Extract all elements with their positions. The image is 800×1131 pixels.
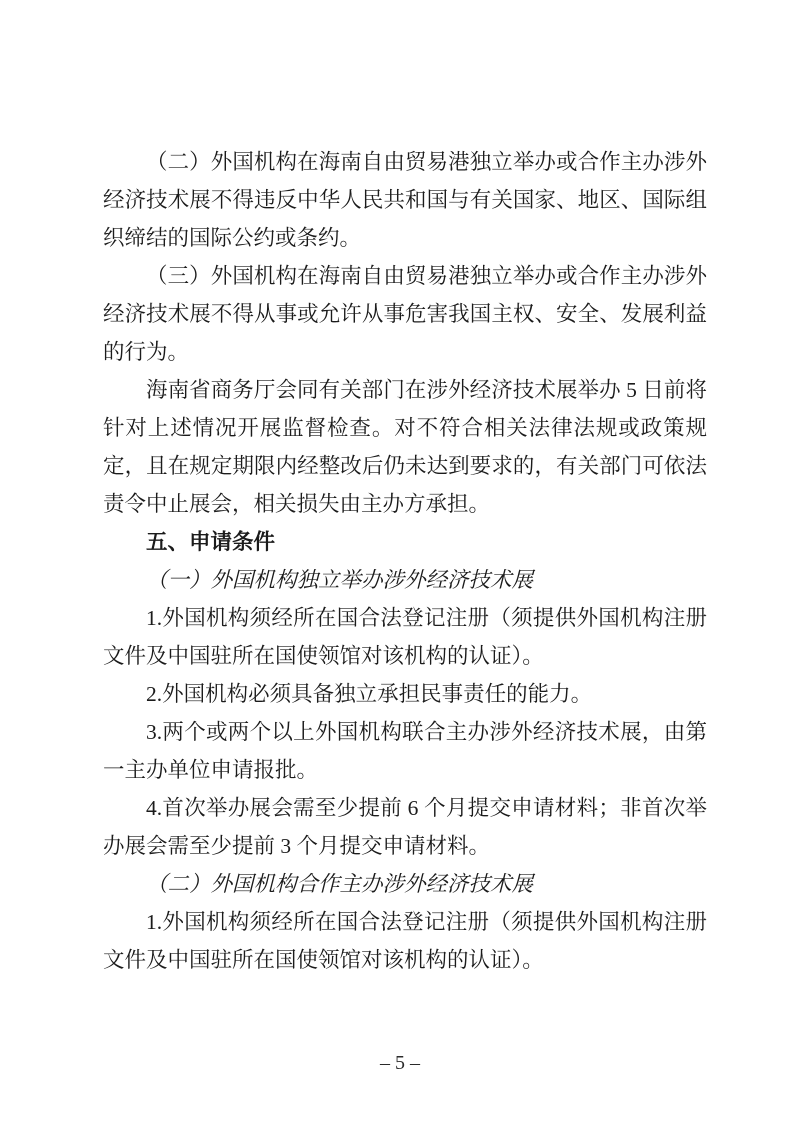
item-1-registration: 1.外国机构须经所在国合法登记注册（须提供外国机构注册文件及中国驻所在国使领馆对… (103, 599, 707, 675)
item-2-civil-liability: 2.外国机构必须具备独立承担民事责任的能力。 (103, 675, 707, 713)
item-3-joint-hosting: 3.两个或两个以上外国机构联合主办涉外经济技术展，由第一主办单位申请报批。 (103, 713, 707, 789)
subheading-independent-hosting: （一）外国机构独立举办涉外经济技术展 (103, 561, 707, 599)
section-heading-application-conditions: 五、申请条件 (103, 523, 707, 561)
paragraph-clause-2: （二）外国机构在海南自由贸易港独立举办或合作主办涉外经济技术展不得违反中华人民共… (103, 143, 707, 257)
page-number: – 5 – (380, 1052, 420, 1074)
item-1-registration-cooperative: 1.外国机构须经所在国合法登记注册（须提供外国机构注册文件及中国驻所在国使领馆对… (103, 903, 707, 979)
document-body: （二）外国机构在海南自由贸易港独立举办或合作主办涉外经济技术展不得违反中华人民共… (103, 143, 707, 979)
document-page: （二）外国机构在海南自由贸易港独立举办或合作主办涉外经济技术展不得违反中华人民共… (0, 0, 800, 1131)
paragraph-supervision: 海南省商务厅会同有关部门在涉外经济技术展举办 5 日前将针对上述情况开展监督检查… (103, 371, 707, 523)
paragraph-clause-3: （三）外国机构在海南自由贸易港独立举办或合作主办涉外经济技术展不得从事或允许从事… (103, 257, 707, 371)
item-4-submission-deadline: 4.首次举办展会需至少提前 6 个月提交申请材料；非首次举办展会需至少提前 3 … (103, 789, 707, 865)
subheading-cooperative-hosting: （二）外国机构合作主办涉外经济技术展 (103, 865, 707, 903)
page-footer: – 5 – (0, 1048, 800, 1078)
